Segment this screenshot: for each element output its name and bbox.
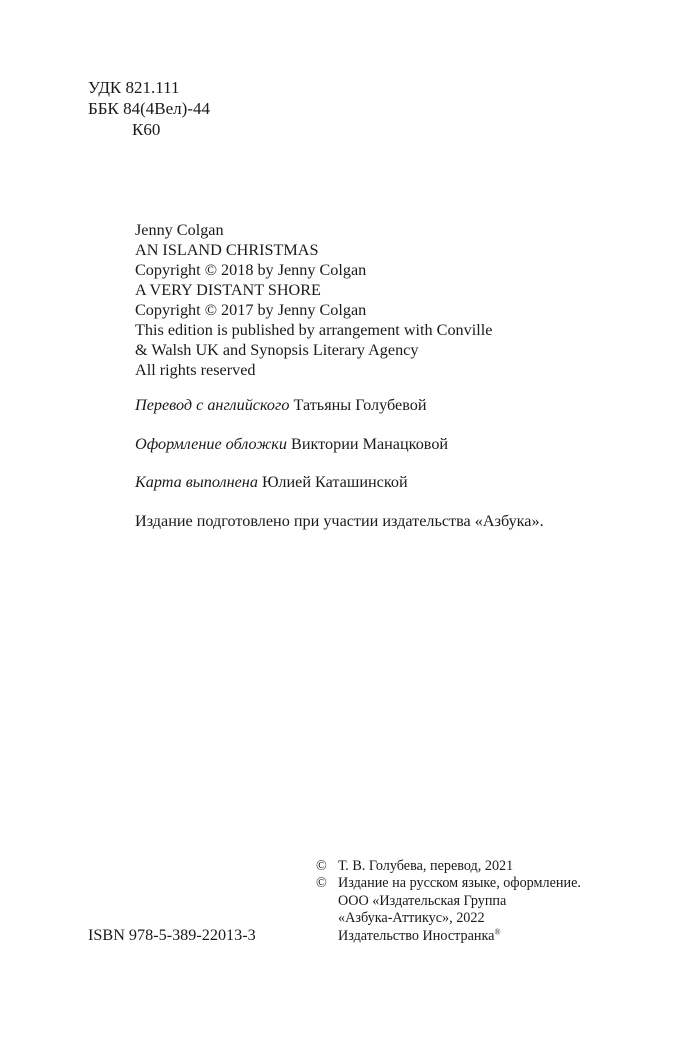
map-credit: Карта выполнена Юлией Каташинской xyxy=(135,472,544,492)
contributor-role: Перевод с английского xyxy=(135,396,289,414)
contributor-name: Виктории Манацковой xyxy=(291,435,448,453)
author-mark: К60 xyxy=(88,119,210,140)
edition-copyright: ©Издание на русском языке, оформление. xyxy=(316,875,581,892)
original-title-2: A VERY DISTANT SHORE xyxy=(135,280,492,300)
translator-credit: Перевод с английского Татьяны Голубевой xyxy=(135,395,544,415)
original-credits: Jenny Colgan AN ISLAND CHRISTMAS Copyrig… xyxy=(135,220,492,380)
contributor-name: Юлией Каташинской xyxy=(262,473,408,491)
contributors: Перевод с английского Татьяны Голубевой … xyxy=(135,395,544,549)
classification-codes: УДК 821.111 ББК 84(4Вел)-44 К60 xyxy=(88,77,210,140)
copyright-icon: © xyxy=(316,875,338,892)
contributor-role: Оформление обложки xyxy=(135,435,287,453)
copyright-icon: © xyxy=(316,858,338,875)
translation-copyright: ©Т. В. Голубева, перевод, 2021 xyxy=(316,858,581,875)
publisher-line-2: «Азбука-Аттикус», 2022 xyxy=(316,910,581,927)
registered-trademark-icon: ® xyxy=(494,927,500,936)
author-name: Jenny Colgan xyxy=(135,220,492,240)
copyright-notices: ©Т. В. Голубева, перевод, 2021 ©Издание … xyxy=(316,858,581,945)
contributor-name: Татьяны Голубевой xyxy=(293,396,426,414)
copyright-page: УДК 821.111 ББК 84(4Вел)-44 К60 Jenny Co… xyxy=(0,0,679,1063)
edition-note: Издание подготовлено при участии издател… xyxy=(135,511,544,531)
arrangement-line-2: & Walsh UK and Synopsis Literary Agency xyxy=(135,340,492,360)
original-title-1: AN ISLAND CHRISTMAS xyxy=(135,240,492,260)
copyright-line-2: Copyright © 2017 by Jenny Colgan xyxy=(135,300,492,320)
cover-design-credit: Оформление обложки Виктории Манацковой xyxy=(135,434,544,454)
copyright-line-1: Copyright © 2018 by Jenny Colgan xyxy=(135,260,492,280)
isbn: ISBN 978-5-389-22013-3 xyxy=(88,925,256,945)
publisher-imprint: Издательство Иностранка® xyxy=(316,928,581,945)
contributor-role: Карта выполнена xyxy=(135,473,258,491)
bbk-code: ББК 84(4Вел)-44 xyxy=(88,98,210,119)
udk-code: УДК 821.111 xyxy=(88,77,210,98)
arrangement-line-1: This edition is published by arrangement… xyxy=(135,320,492,340)
rights-reserved: All rights reserved xyxy=(135,360,492,380)
publisher-line-1: ООО «Издательская Группа xyxy=(316,893,581,910)
